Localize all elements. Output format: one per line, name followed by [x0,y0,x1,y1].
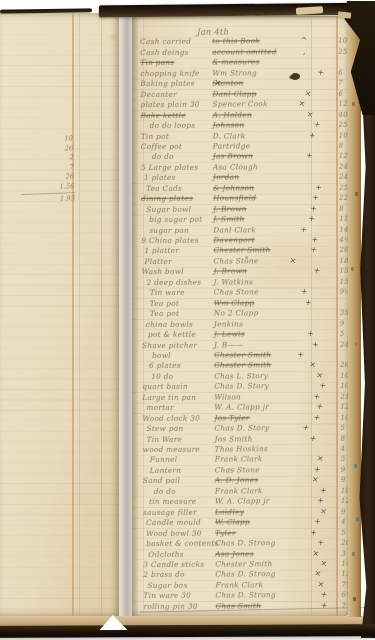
buyer-name: Wm Clapp [214,298,255,309]
buyer-name: Johnson [213,120,245,131]
item-text: 5 Large plates [141,162,199,173]
amount-value: 7 [338,78,343,88]
buyer-name: Tyler [215,528,236,539]
tally-mark: + [304,297,313,308]
buyer-name: Chester Smith [214,361,271,372]
item-text: do do loops [150,121,196,132]
binding-gutter [111,13,138,616]
buyer-name: J. Brown [214,267,248,278]
buyer-name: Danl Clapp [212,89,256,100]
amount-value: 40 [339,109,348,119]
amount-value: 6 [338,68,343,78]
item-text: dining plates [141,194,193,205]
torn-paper-bit [338,11,352,18]
buyer-name: Frank Clark [215,486,263,497]
buyer-name: Spencer Cook [213,99,268,110]
tally-mark: + [310,245,319,256]
amount-value: 5 [341,454,346,464]
item-text: chopping knife [140,68,199,79]
item-text: Large tin pan [142,392,196,403]
buyer-name: Asa Clough [213,162,258,173]
buyer-name: Chas D. Story [214,382,269,393]
buyer-name: A. Holden [213,110,252,121]
tally-mark: + [306,328,315,339]
amount-value: 8 [339,141,344,151]
item-text: china bowls [146,319,193,330]
amount-value: 24 [339,162,348,172]
item-text: Decanter [140,89,177,100]
tally-mark: + [309,527,318,538]
item-text: Tin pans [140,58,174,69]
item-text: Platter [144,257,171,268]
buyer-name: Chas D. Strong [215,538,275,549]
amount-value: 5 [340,423,345,433]
buyer-name: No 2 Clapp [214,308,259,319]
tally-mark: × [319,506,328,517]
item-text: Cash carried [140,37,191,48]
item-text: sugar pan [149,225,189,236]
buyer-name: & Johnson [213,183,254,194]
buyer-name: Wilson [214,392,241,403]
amount-value: 10 [339,130,348,140]
buyer-name: Chas D. Strong [215,570,275,581]
sum-value: 1.56 [28,182,74,193]
buyer-name: A. D. Jones [215,476,259,487]
sum-total: 1.93 [21,192,75,205]
item-text: Sugar box [147,581,187,592]
item-text: Sugar bowl [146,204,191,215]
ruled-line [72,13,74,616]
buyer-name: Jenkins [214,319,243,330]
buyer-name: Chas D. Strong [216,590,276,601]
item-text: Tea pot [150,309,179,320]
ruled-line [79,13,80,616]
item-text: Candle mould [146,518,201,529]
tally-mark: + [307,214,316,225]
tally-mark: + [320,600,329,611]
tally-mark: + [313,119,322,130]
item-text: rolling pin 30 [144,601,198,612]
amount-value: 10 [338,36,347,46]
amount-value: 22 [339,193,348,203]
item-text: Tin ware [150,288,185,299]
tally-mark: + [309,433,318,444]
item-text: pot & kettle [148,330,196,341]
item-text: plates plain 30 [141,100,200,111]
buyer-name: Wm Strong [212,68,257,79]
item-text: Tea pot [150,298,179,309]
buyer-name: Chas D. Story [214,423,269,434]
amount-value: 9 [341,465,346,475]
pencil-sum-column: 102627261.561.93 [27,134,75,205]
paper-stain [228,468,231,470]
buyer-name: J. B—— [214,340,243,351]
tally-mark: + [313,266,322,277]
amount-value: 3 [341,548,346,558]
tally-mark: × [320,558,329,569]
tally-mark: + [313,517,322,528]
tally-mark: × [311,548,320,559]
item-text: Shave pitcher [142,340,197,351]
tally-mark: + [316,537,325,548]
amount-value: 4 [341,517,346,527]
buyer-name: Chas Smith [216,601,262,612]
amount-value: 9 [341,506,346,516]
tally-mark: + [311,193,320,204]
item-text: mortar [146,403,173,414]
buyer-name: W. Clapp [215,517,250,528]
buyer-name: Danl Clark [213,225,256,236]
tally-mark: + [305,151,314,162]
item-text: Wood clock 30 [142,413,200,424]
tally-mark: + [300,287,309,298]
tally-mark: + [296,349,305,360]
item-text: tin measure [149,497,197,508]
tally-mark: × [311,475,320,486]
buyer-name: W. A. Clapp jr [214,402,269,413]
item-text: 3 Candle sticks [143,560,204,571]
tally-mark: × [308,360,317,371]
tally-mark: + [313,412,322,423]
amount-value: 8 [341,433,346,443]
amount-value: 5 [340,329,345,339]
item-text: bowl [152,351,171,362]
item-text: Sand pail [143,476,181,487]
item-text: 2 brass do [143,570,184,581]
buyer-name: W. A. Clapp jr [215,496,270,507]
tally-mark: × [316,454,325,465]
paper-stain [108,33,120,42]
item-text: Jan 4th [197,26,229,37]
fore-edge-page-stack [348,12,361,617]
amount-value: 25 [339,120,348,130]
buyer-name: J. Lewis [214,329,245,340]
buyer-name: Frank Clark [215,455,263,466]
item-text: 1 platter [144,246,179,257]
buyer-name: Thos Hoskins [215,444,268,455]
left-page: 102627261.561.93 [0,13,119,616]
tally-mark: + [318,381,327,392]
item-text: Oilcloths [148,549,184,560]
tally-mark: + [316,402,325,413]
amount-value: 5 [341,527,346,537]
buyer-name: Laidley [215,507,244,518]
ledger-book-photo: 102627261.561.93 Jan 4thCash carriedto t… [0,0,375,640]
item-text: Lantern [150,466,182,477]
buyer-name: J. Watkins [214,277,253,288]
buyer-name: Partridge [213,141,251,152]
buyer-name: Chas Stone [213,256,258,267]
item-text: Tin pot [141,131,169,142]
paper-stain [245,256,248,259]
buyer-name: Chas Stone [214,288,259,299]
tally-mark: + [311,339,320,350]
buyer-name: & measures [212,58,259,69]
buyer-name: Chester Smith [213,246,270,257]
buyer-name: Asa Jones [215,549,254,560]
buyer-name: to this Book [212,37,260,48]
item-text: basket & contents [146,539,219,550]
item-text: 2 deep dishes [147,277,202,288]
buyer-name: Jordan [213,173,239,184]
buyer-name: Chas L. Story [214,371,268,382]
item-text: Wood bowl 30 [146,528,202,539]
buyer-name: Chester Smith [215,559,272,570]
item-text: Wash bowl [142,267,184,278]
amount-value: 9 [340,318,345,328]
buyer-name: J. Brown [213,204,247,215]
item-text: wood measure [143,445,201,456]
buyer-name: Jos Smith [215,434,253,445]
buyer-name: Jas Brown [213,152,253,163]
tally-mark: , [302,47,307,58]
item-text: Stew pan [146,424,183,435]
ledger-entries: Jan 4thCash carriedto this Book^10Cash d… [140,15,352,616]
ledger-row: rolling pin 30Chas Smith+7 [144,600,352,612]
buyer-name: Davenport [213,235,255,246]
item-text: 6 plates [149,361,181,372]
amount-value: 7 [342,601,347,611]
tally-mark: + [308,130,317,141]
item-text: Bake kettle [141,110,186,121]
buyer-name: Hounsfield [213,193,256,204]
book-cover-bottom-edge [0,624,375,638]
item-text: 10 do [151,372,173,383]
tally-mark: + [317,67,326,78]
item-text: 9 China plates [141,236,199,247]
amount-value: 9 [341,475,346,485]
amount-value: 6 [338,88,343,98]
item-text: Coffee pot [141,142,182,153]
tally-mark: + [299,224,308,235]
amount-value: 4 [341,444,346,454]
item-text: Cash doings [140,48,189,59]
tally-mark: × [304,88,313,99]
tally-mark: × [298,99,307,110]
buyer-name: J. Smith [213,214,244,225]
item-text: Funnel [150,455,178,466]
buyer-name: Jos Tyler [214,413,249,424]
right-page: Jan 4thCash carriedto this Book^10Cash d… [132,16,348,616]
amount-value: 24 [339,172,348,182]
item-text: do do [152,152,174,163]
item-text: sausage filler [143,507,197,518]
tally-mark: × [289,255,298,266]
tally-mark: ^ [299,36,308,47]
item-text: 1 plates [144,173,176,184]
tally-mark: × [306,109,315,120]
tally-mark: + [302,423,311,434]
buyer-name: Frank Clark [215,580,263,591]
ruled-line [101,13,102,616]
buyer-name: account omitted [212,47,277,58]
item-text: Tin ware 30 [144,591,192,602]
item-text: big sugar pot [149,215,202,226]
amount-value: 25 [339,182,348,192]
buyer-name: Chas Stone [215,465,260,476]
item-text: Baking plates [140,79,194,90]
item-text: Tea Cads [146,183,182,194]
item-text: quart basin [142,382,188,393]
item-text: Tin Ware [147,434,183,445]
item-text: do do [154,487,176,498]
amount-value: 25 [338,47,347,57]
amount-value: 8 [339,203,344,213]
buyer-name: Chester Smith [214,350,271,361]
buyer-name: D. Clark [213,131,246,142]
